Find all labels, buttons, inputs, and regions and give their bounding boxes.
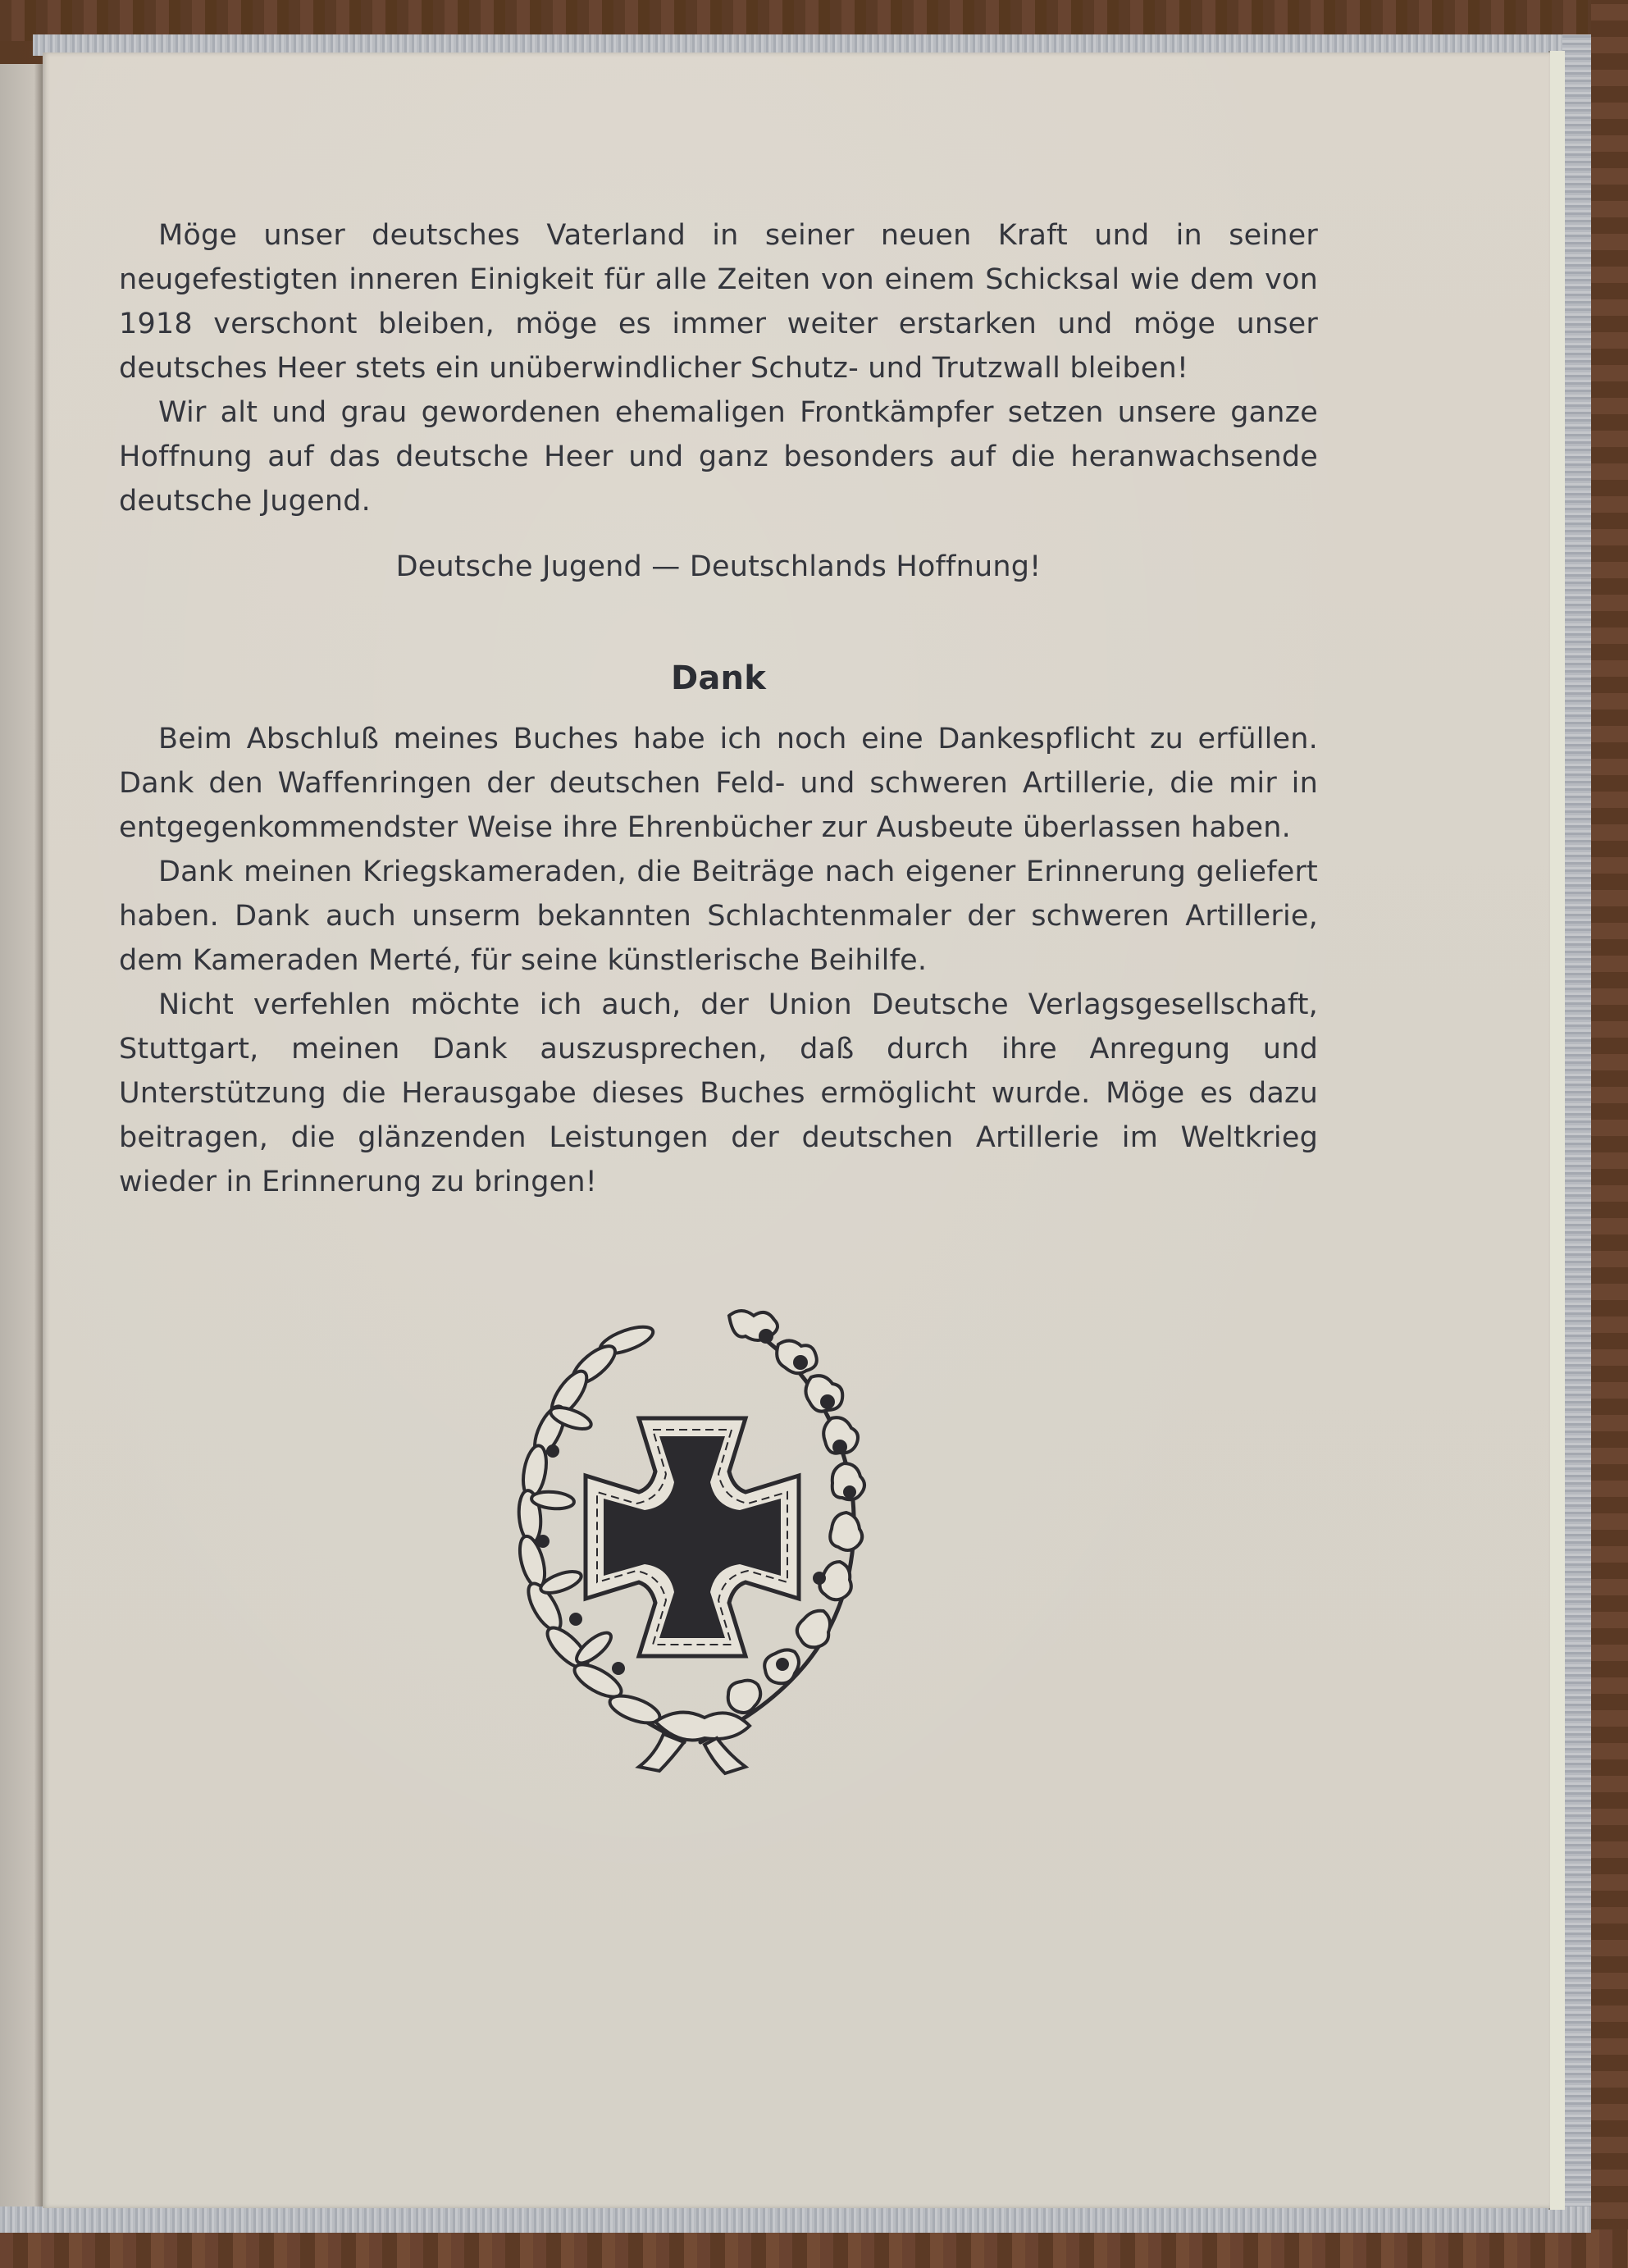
page-stack-edge xyxy=(1548,51,1565,2210)
book-cover-cloth-bottom xyxy=(0,2206,1591,2233)
paragraph-thanks-2: Dank meinen Kriegskameraden, die Beiträg… xyxy=(119,850,1318,983)
section-heading: Dank xyxy=(119,656,1318,700)
text-column: Möge unser deutsches Vaterland in seiner… xyxy=(119,213,1318,1204)
wood-table-background-right xyxy=(1591,0,1628,2268)
iron-cross-wreath-icon xyxy=(495,1295,889,1779)
paragraph-thanks-3: Nicht verfehlen möchte ich auch, der Uni… xyxy=(119,983,1318,1204)
paragraph-intro-1: Möge unser deutsches Vaterland in seiner… xyxy=(119,213,1318,390)
motto: Deutsche Jugend — Deutschlands Hoffnung! xyxy=(119,545,1318,589)
paragraph-intro-2: Wir alt und grau gewordenen ehemaligen F… xyxy=(119,390,1318,523)
wood-table-background-bottom xyxy=(0,2229,1628,2268)
book-cover-cloth-right xyxy=(1562,34,1591,2233)
paragraph-thanks-1: Beim Abschluß meines Buches habe ich noc… xyxy=(119,717,1318,850)
facing-page-edge xyxy=(0,64,43,2206)
book-page: Möge unser deutsches Vaterland in seiner… xyxy=(43,52,1550,2208)
